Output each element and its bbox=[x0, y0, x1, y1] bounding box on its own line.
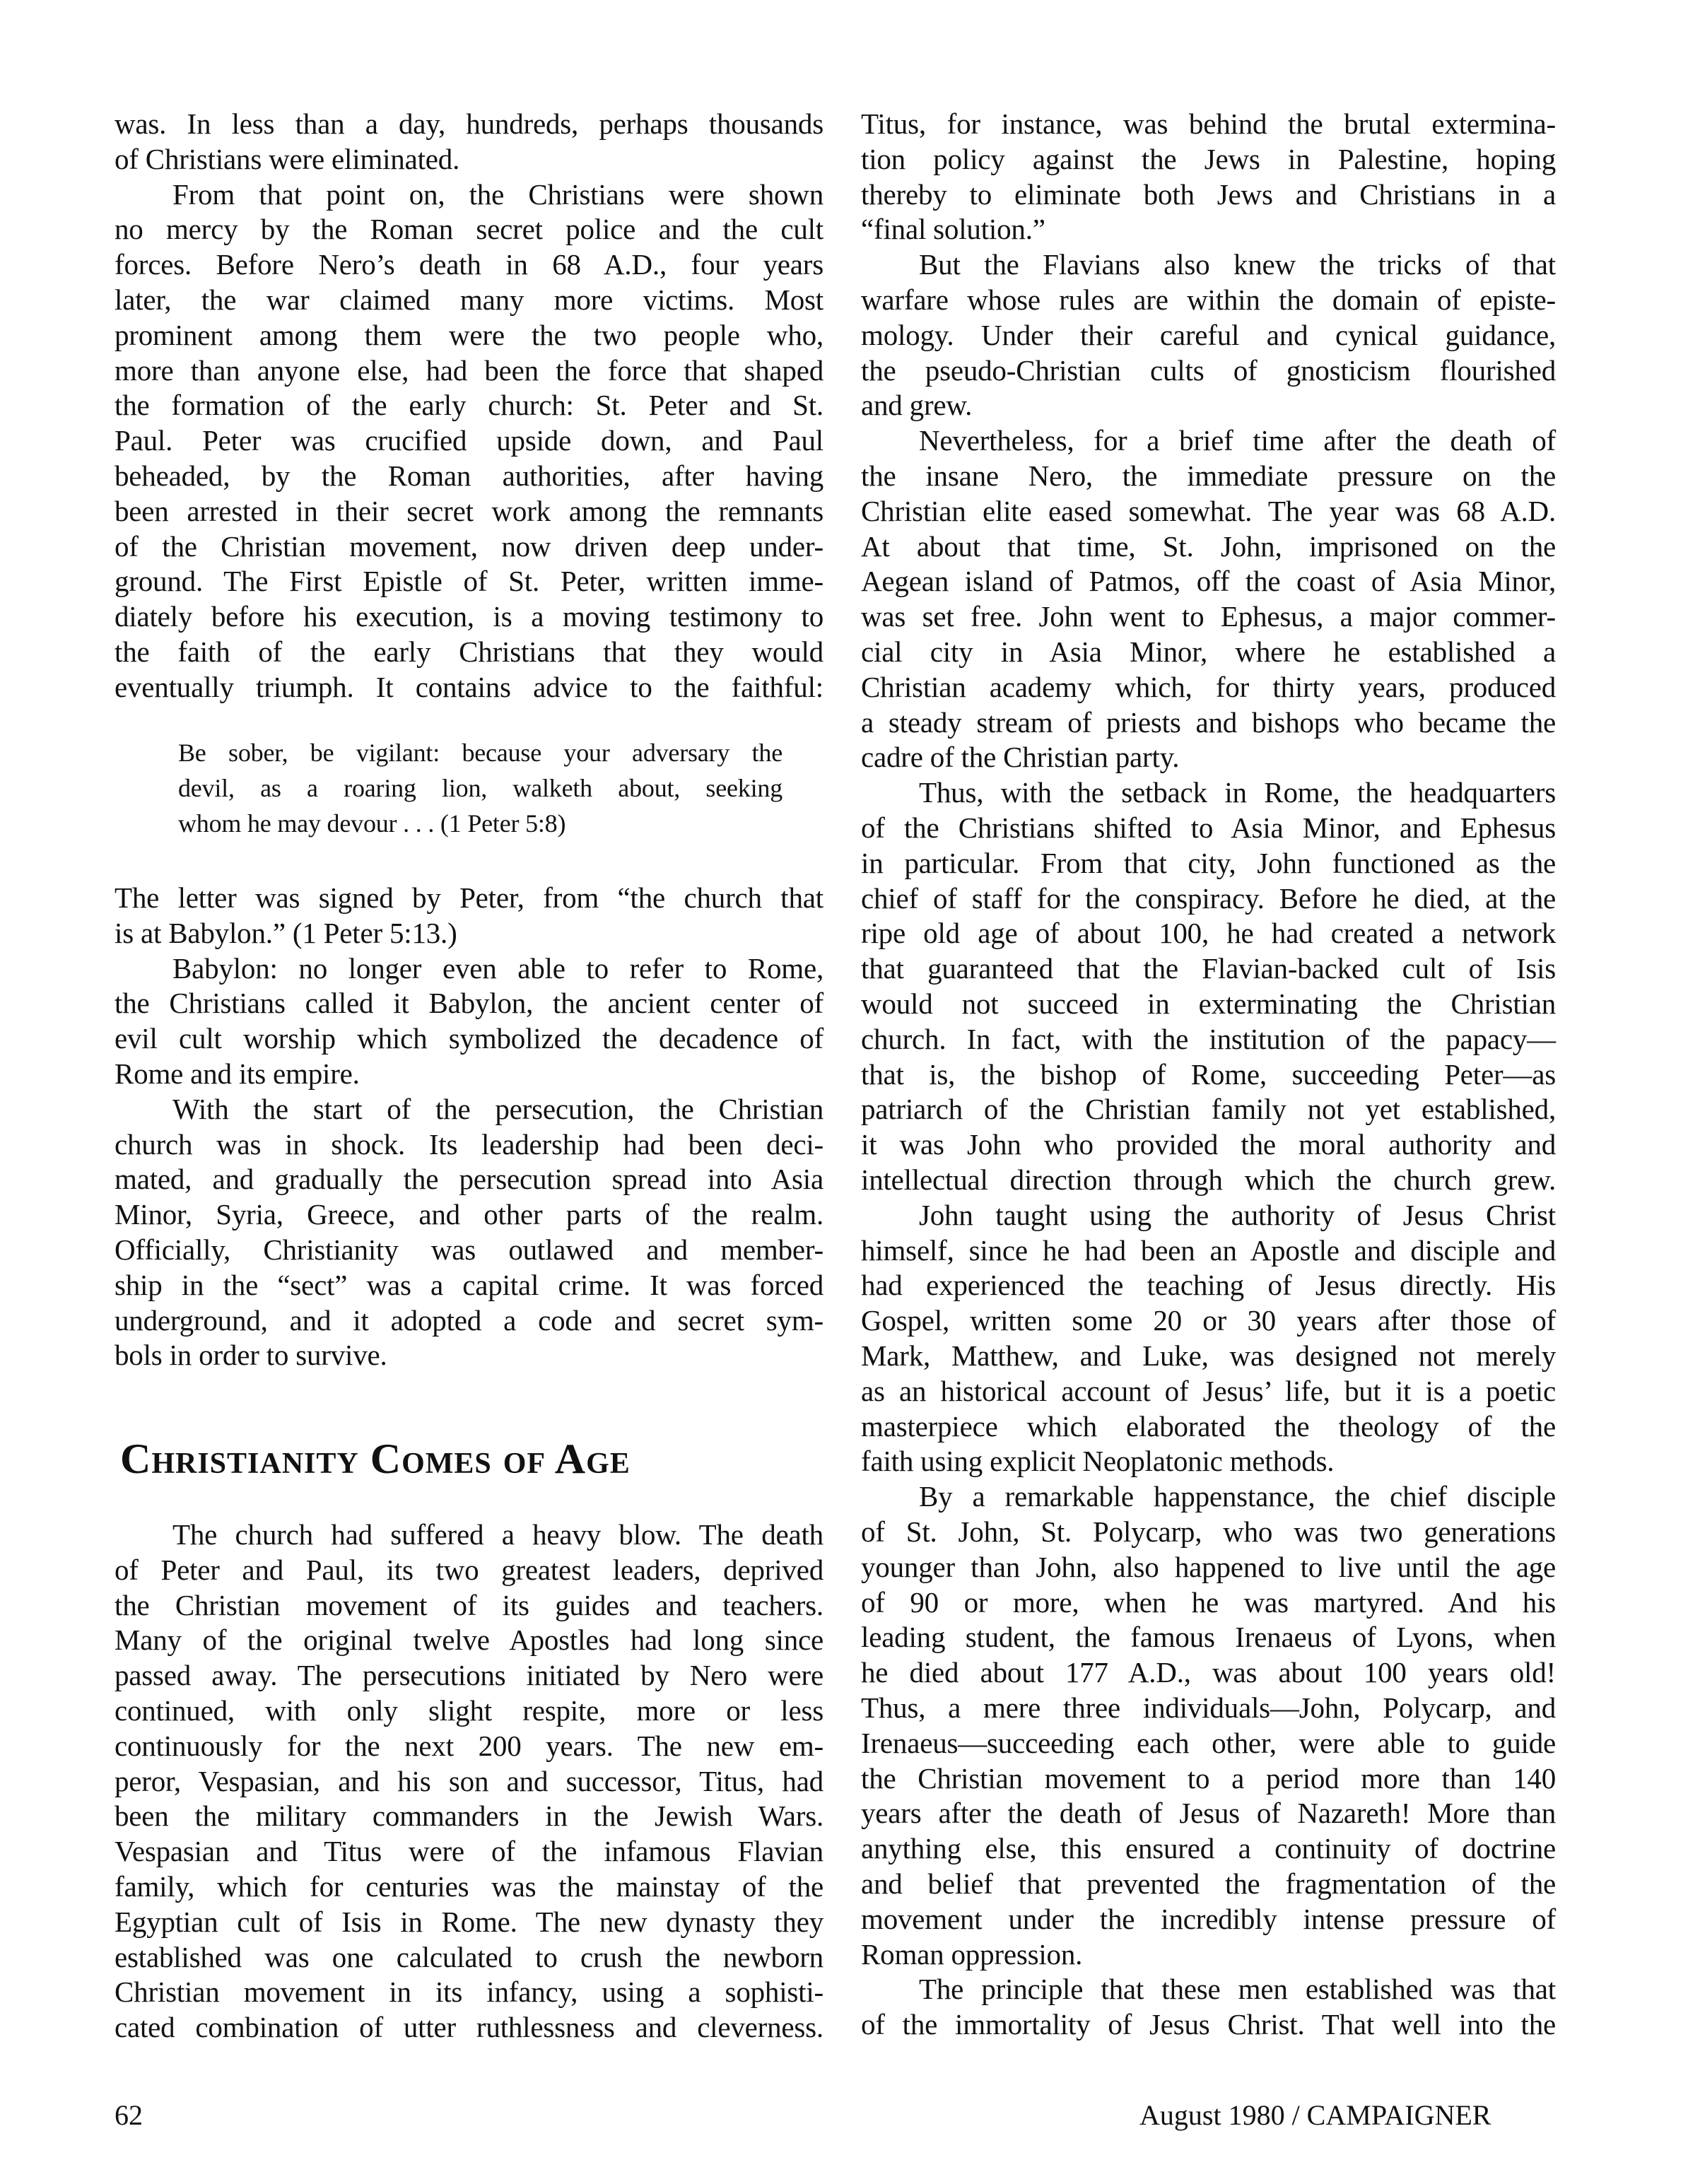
text-line: peror, Vespasian, and his son and succes… bbox=[115, 1763, 824, 1799]
text-line: John taught using the authority of Jesus… bbox=[861, 1197, 1556, 1233]
text-line: is at Babylon.” (1 Peter 5:13.) bbox=[115, 915, 824, 951]
text-line: been arrested in their secret work among… bbox=[115, 493, 824, 529]
text-line: cated combination of utter ruthlessness … bbox=[115, 2009, 824, 2045]
text-line: With the start of the persecution, the C… bbox=[115, 1091, 824, 1127]
text-line: But the Flavians also knew the tricks of… bbox=[861, 247, 1556, 282]
issue-footer: August 1980 / CAMPAIGNER bbox=[1139, 2098, 1491, 2133]
text-line: continued, with only slight respite, mor… bbox=[115, 1693, 824, 1728]
text-line: church was in shock. Its leadership had … bbox=[115, 1127, 824, 1162]
text-line: passed away. The persecutions initiated … bbox=[115, 1657, 824, 1693]
text-line: Aegean island of Patmos, off the coast o… bbox=[861, 563, 1556, 599]
text-line: The letter was signed by Peter, from “th… bbox=[115, 880, 824, 915]
text-line: diately before his execution, is a movin… bbox=[115, 599, 824, 634]
text-line: The church had suffered a heavy blow. Th… bbox=[115, 1517, 824, 1552]
text-line: ship in the “sect” was a capital crime. … bbox=[115, 1267, 824, 1303]
text-line: of 90 or more, when he was martyred. And… bbox=[861, 1585, 1556, 1620]
text-line: that guaranteed that the Flavian-backed … bbox=[861, 951, 1556, 986]
text-line: it was John who provided the moral autho… bbox=[861, 1127, 1556, 1162]
text-line: continuously for the next 200 years. The… bbox=[115, 1728, 824, 1763]
text-line: church. In fact, with the institution of… bbox=[861, 1021, 1556, 1057]
text-line: a steady stream of priests and bishops w… bbox=[861, 705, 1556, 740]
text-line: devil, as a roaring lion, walketh about,… bbox=[178, 770, 783, 806]
text-line: of the Christians shifted to Asia Minor,… bbox=[861, 810, 1556, 845]
text-line: had experienced the teaching of Jesus di… bbox=[861, 1267, 1556, 1303]
text-line: thereby to eliminate both Jews and Chris… bbox=[861, 177, 1556, 212]
text-line: Mark, Matthew, and Luke, was designed no… bbox=[861, 1338, 1556, 1373]
text-line: Irenaeus—succeeding each other, were abl… bbox=[861, 1725, 1556, 1761]
text-line: family, which for centuries was the main… bbox=[115, 1869, 824, 1904]
text-line: Christian movement in its infancy, using… bbox=[115, 1974, 824, 2009]
text-line: forces. Before Nero’s death in 68 A.D., … bbox=[115, 247, 824, 282]
text-line: “final solution.” bbox=[861, 211, 1556, 247]
text-line: tion policy against the Jews in Palestin… bbox=[861, 141, 1556, 177]
text-line: established was one calculated to crush … bbox=[115, 1939, 824, 1975]
text-line: ground. The First Epistle of St. Peter, … bbox=[115, 563, 824, 599]
text-line: more than anyone else, had been the forc… bbox=[115, 353, 824, 388]
text-line: the Christian movement to a period more … bbox=[861, 1761, 1556, 1796]
text-line: bols in order to survive. bbox=[115, 1337, 824, 1373]
text-line: whom he may devour . . . (1 Peter 5:8) bbox=[178, 806, 783, 841]
text-line: years after the death of Jesus of Nazare… bbox=[861, 1795, 1556, 1831]
text-line: Vespasian and Titus were of the infamous… bbox=[115, 1833, 824, 1869]
text-line: the faith of the early Christians that t… bbox=[115, 634, 824, 669]
text-line: no mercy by the Roman secret police and … bbox=[115, 211, 824, 247]
text-line: the Christian movement of its guides and… bbox=[115, 1587, 824, 1623]
text-line: Minor, Syria, Greece, and other parts of… bbox=[115, 1197, 824, 1232]
text-line: Rome and its empire. bbox=[115, 1056, 824, 1091]
section-heading: Christianity Comes of Age bbox=[120, 1435, 631, 1484]
text-line: Many of the original twelve Apostles had… bbox=[115, 1622, 824, 1657]
text-line: Nevertheless, for a brief time after the… bbox=[861, 423, 1556, 458]
text-line: the insane Nero, the immediate pressure … bbox=[861, 458, 1556, 493]
text-line: of Christians were eliminated. bbox=[115, 141, 824, 177]
text-line: Christian academy which, for thirty year… bbox=[861, 669, 1556, 705]
text-line: later, the war claimed many more victims… bbox=[115, 282, 824, 317]
text-line: movement under the incredibly intense pr… bbox=[861, 1901, 1556, 1937]
text-line: Paul. Peter was crucified upside down, a… bbox=[115, 423, 824, 458]
text-line: Gospel, written some 20 or 30 years afte… bbox=[861, 1303, 1556, 1338]
text-line: of St. John, St. Polycarp, who was two g… bbox=[861, 1514, 1556, 1549]
text-line: intellectual direction through which the… bbox=[861, 1162, 1556, 1197]
text-line: eventually triumph. It contains advice t… bbox=[115, 669, 824, 705]
page-number: 62 bbox=[115, 2098, 143, 2133]
text-line: he died about 177 A.D., was about 100 ye… bbox=[861, 1655, 1556, 1690]
text-line: himself, since he had been an Apostle an… bbox=[861, 1233, 1556, 1268]
text-line: beheaded, by the Roman authorities, afte… bbox=[115, 458, 824, 493]
text-line: masterpiece which elaborated the theolog… bbox=[861, 1409, 1556, 1444]
text-line: patriarch of the Christian family not ye… bbox=[861, 1091, 1556, 1127]
text-line: Christian elite eased somewhat. The year… bbox=[861, 493, 1556, 529]
text-line: the formation of the early church: St. P… bbox=[115, 387, 824, 423]
text-line: in particular. From that city, John func… bbox=[861, 845, 1556, 881]
text-line: would not succeed in exterminating the C… bbox=[861, 986, 1556, 1021]
text-line: From that point on, the Christians were … bbox=[115, 177, 824, 212]
text-line: prominent among them were the two people… bbox=[115, 317, 824, 353]
text-line: mated, and gradually the persecution spr… bbox=[115, 1161, 824, 1197]
text-line: of the Christian movement, now driven de… bbox=[115, 529, 824, 564]
text-line: warfare whose rules are within the domai… bbox=[861, 282, 1556, 317]
text-line: was set free. John went to Ephesus, a ma… bbox=[861, 599, 1556, 634]
text-line: Egyptian cult of Isis in Rome. The new d… bbox=[115, 1904, 824, 1939]
text-line: chief of staff for the conspiracy. Befor… bbox=[861, 881, 1556, 916]
text-line: Be sober, be vigilant: because your adve… bbox=[178, 735, 783, 770]
text-line: was. In less than a day, hundreds, perha… bbox=[115, 106, 824, 141]
text-line: At about that time, St. John, imprisoned… bbox=[861, 529, 1556, 564]
text-line: younger than John, also happened to live… bbox=[861, 1549, 1556, 1585]
text-line: the pseudo-Christian cults of gnosticism… bbox=[861, 353, 1556, 388]
text-line: evil cult worship which symbolized the d… bbox=[115, 1021, 824, 1056]
text-line: as an historical account of Jesus’ life,… bbox=[861, 1373, 1556, 1409]
text-line: underground, and it adopted a code and s… bbox=[115, 1303, 824, 1338]
text-line: Officially, Christianity was outlawed an… bbox=[115, 1232, 824, 1267]
text-line: mology. Under their careful and cynical … bbox=[861, 317, 1556, 353]
text-line: Thus, a mere three individuals—John, Pol… bbox=[861, 1690, 1556, 1725]
text-line: of the immortality of Jesus Christ. That… bbox=[861, 2007, 1556, 2042]
text-line: faith using explicit Neoplatonic methods… bbox=[861, 1443, 1556, 1479]
text-line: anything else, this ensured a continuity… bbox=[861, 1831, 1556, 1866]
text-line: Titus, for instance, was behind the brut… bbox=[861, 106, 1556, 141]
text-line: been the military commanders in the Jewi… bbox=[115, 1798, 824, 1833]
text-line: cadre of the Christian party. bbox=[861, 739, 1556, 775]
text-line: that is, the bishop of Rome, succeeding … bbox=[861, 1057, 1556, 1092]
text-line: Thus, with the setback in Rome, the head… bbox=[861, 775, 1556, 810]
text-line: leading student, the famous Irenaeus of … bbox=[861, 1619, 1556, 1655]
text-line: The principle that these men established… bbox=[861, 1971, 1556, 2007]
text-line: Roman oppression. bbox=[861, 1937, 1556, 1972]
text-line: the Christians called it Babylon, the an… bbox=[115, 985, 824, 1021]
text-line: of Peter and Paul, its two greatest lead… bbox=[115, 1552, 824, 1587]
text-line: cial city in Asia Minor, where he establ… bbox=[861, 634, 1556, 669]
text-line: Babylon: no longer even able to refer to… bbox=[115, 951, 824, 986]
text-line: and grew. bbox=[861, 387, 1556, 423]
text-line: ripe old age of about 100, he had create… bbox=[861, 915, 1556, 951]
text-line: and belief that prevented the fragmentat… bbox=[861, 1866, 1556, 1901]
text-line: By a remarkable happenstance, the chief … bbox=[861, 1479, 1556, 1514]
